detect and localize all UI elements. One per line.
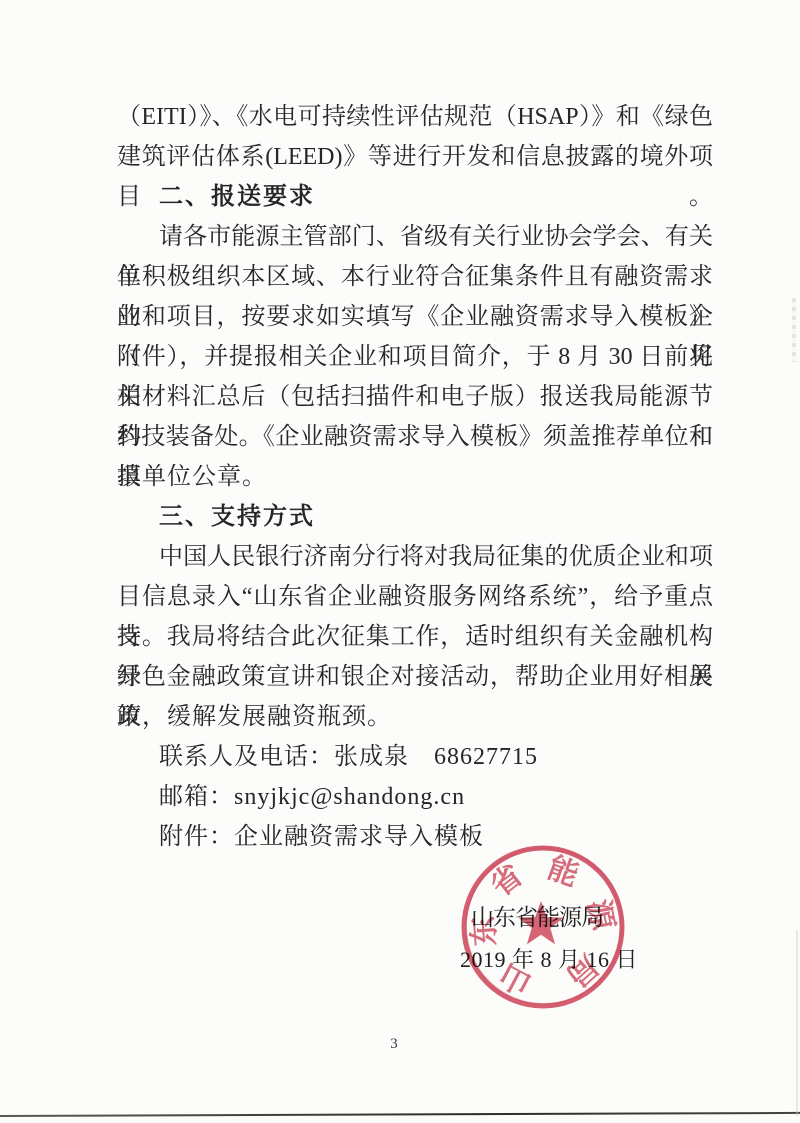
doc-line: （EITI）》、《水电可持续性评估规范（HSAP）》和《绿色: [117, 97, 713, 137]
doc-line: 持。我局将结合此次征集工作，适时组织有关金融机构开展: [117, 617, 713, 657]
page-number: 3: [386, 1036, 402, 1053]
doc-line: 目信息录入“山东省企业融资服务网络系统”，给予重点支: [117, 577, 713, 617]
doc-line: 联系人及电话：张成泉 68627715: [117, 737, 713, 777]
doc-line: 请各市能源主管部门、省级有关行业协会学会、有关单: [117, 217, 713, 257]
scan-edge-bottom-line: [0, 1112, 800, 1117]
document-body: （EITI）》、《水电可持续性评估规范（HSAP）》和《绿色建筑评估体系(LEE…: [117, 97, 713, 857]
scan-edge-right-line: [796, 930, 798, 1116]
section-heading: 三、支持方式: [117, 497, 713, 537]
doc-line: 中国人民银行济南分行将对我局征集的优质企业和项: [117, 537, 713, 577]
signature-date: 2019 年 8 月 16 日: [460, 943, 638, 974]
scanned-document-page: （EITI）》、《水电可持续性评估规范（HSAP）》和《绿色建筑评估体系(LEE…: [0, 0, 800, 1123]
doc-line: 绿色金融政策宣讲和银企对接活动，帮助企业用好相关政: [117, 657, 713, 697]
doc-line: 位积极组织本区域、本行业符合征集条件且有融资需求的企: [117, 257, 713, 297]
doc-line: 策，缓解发展融资瓶颈。: [117, 697, 713, 737]
doc-line: 建筑评估体系(LEED)》等进行开发和信息披露的境外项目。: [117, 137, 713, 177]
doc-line: 附件），并提报相关企业和项目简介，于 8 月 30 日前将相: [117, 337, 713, 377]
doc-line: 业和项目，按要求如实填写《企业融资需求导入模板》（见: [117, 297, 713, 337]
scan-smudge-right-edge: [792, 298, 796, 362]
signature-org: 山东省能源局: [471, 899, 603, 932]
doc-line: 邮箱：snyjkjc@shandong.cn: [117, 777, 713, 817]
doc-line: 关材料汇总后（包括扫描件和电子版）报送我局能源节约和: [117, 377, 713, 417]
doc-line: 报单位公章。: [117, 457, 713, 497]
doc-line: 科技装备处。《企业融资需求导入模板》须盖推荐单位和填: [117, 417, 713, 457]
